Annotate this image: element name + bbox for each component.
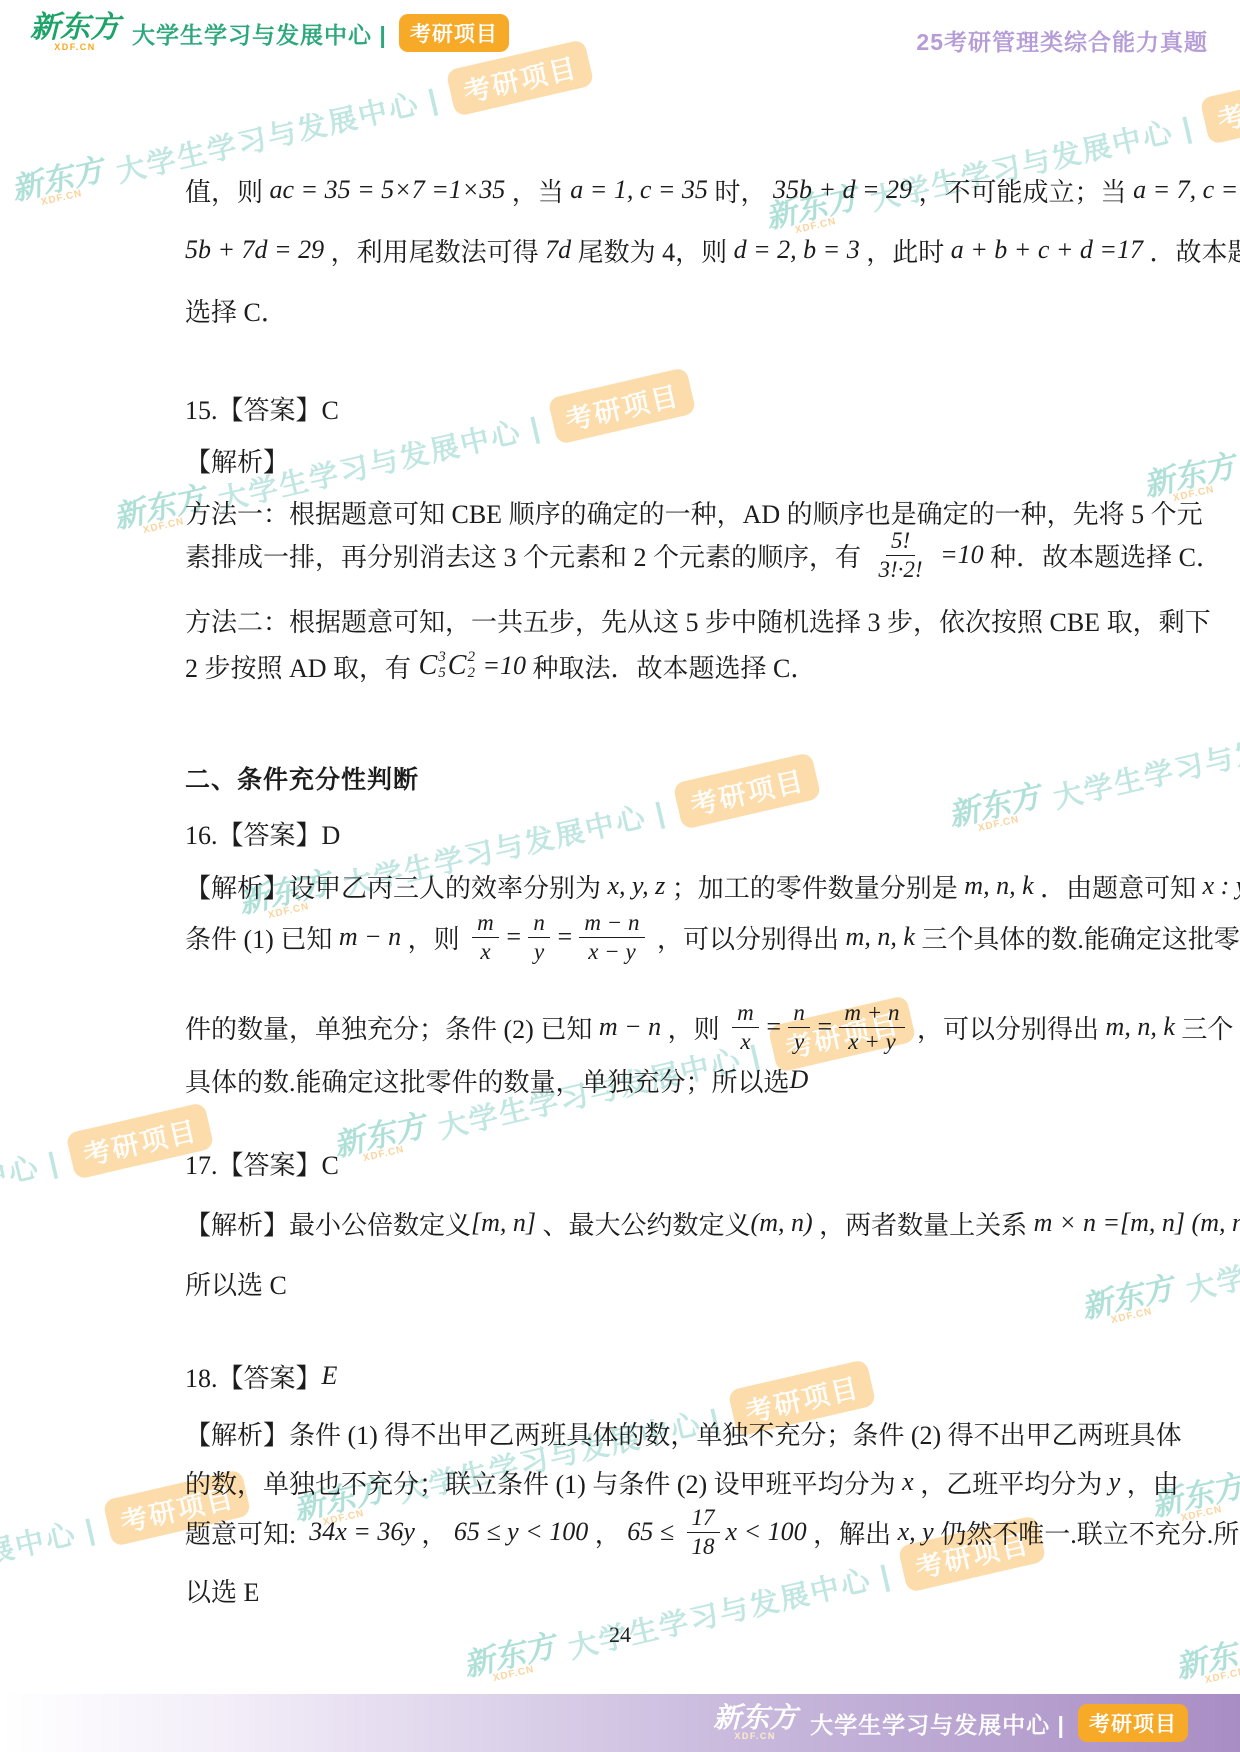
math-segment: = (816, 1012, 834, 1042)
page-footer: 新东方 XDF.CN 大学生学习与发展中心 | 考研项目 (0, 1694, 1240, 1752)
text-segment: 16.【答案】D (185, 815, 340, 852)
text-segment: 【解析】最小公倍数定义 (185, 1205, 471, 1242)
text-segment: ，两者数量上关系 (813, 1205, 1034, 1242)
text-segment: 15.【答案】C (185, 390, 339, 427)
math-segment: m − n (599, 1012, 661, 1042)
text-segment: 二、条件充分性判断 (185, 760, 419, 796)
solution-content: 值，则 ac = 35 = 5×7 =1×35 ，当 a = 1, c = 35… (0, 0, 1240, 1752)
text-segment: ， (588, 1514, 627, 1551)
solution-18-line-1: 【解析】条件 (1) 得不出甲乙两班具体的数，单独不充分；条件 (2) 得不出甲… (185, 1413, 1182, 1453)
math-segment: 5b + 7d = 29 (185, 235, 324, 265)
solution-18-line-4: 以选 E (185, 1570, 259, 1610)
text-segment: 种．故本题选择 C． (984, 537, 1222, 574)
section-heading: 二、条件充分性判断 (185, 758, 419, 798)
math-segment: m − n (339, 922, 401, 952)
solution-16-line-3: 件的数量，单独充分；条件 (2) 已知 m − n ，则 mx=ny=m + n… (185, 987, 1233, 1067)
solution-17-line-2: 所以选 C (185, 1263, 287, 1303)
text-segment: 所以选 C (185, 1265, 287, 1302)
fraction: mx (472, 909, 499, 964)
footer-xdf-logo: 新东方 XDF.CN (713, 1705, 797, 1740)
combination-symbol: C35 (419, 650, 446, 682)
math-segment: 65 ≤ y < 100 (454, 1517, 588, 1547)
math-segment: E (322, 1361, 338, 1391)
text-segment: 题意可知: (185, 1514, 309, 1551)
solution-15-line-4: 2 步按照 AD 取，有 C35C22 =10 种取法．故本题选择 C． (185, 646, 816, 686)
footer-xdf-logo-text: 新东方 (713, 1705, 797, 1732)
math-segment: 65 ≤ (627, 1517, 680, 1547)
math-segment: (m, n) (751, 1208, 813, 1238)
answer-16: 16.【答案】D (185, 813, 340, 853)
solution-18-line-3: 题意可知: 34x = 36y ， 65 ≤ y < 100 ， 65 ≤ 17… (185, 1492, 1239, 1572)
page-number: 24 (0, 1622, 1240, 1648)
text-segment: ， (415, 1514, 454, 1551)
solution-16-line-2: 条件 (1) 已知 m − n ，则 mx=ny=m − nx − y ，可以分… (185, 897, 1240, 977)
solution-14-line-1: 值，则 ac = 35 = 5×7 =1×35 ，当 a = 1, c = 35… (185, 170, 1240, 210)
math-segment: = (765, 1012, 783, 1042)
text-segment: 、最大公约数定义 (536, 1205, 751, 1242)
text-segment: ，则 (401, 919, 466, 956)
document-page: 新东方 XDF.CN 大学生学习与发展中心 | 考研项目 25考研管理类综合能力… (0, 0, 1240, 1752)
fraction: 1718 (687, 1504, 720, 1559)
text-segment: ，可以分别得出 (911, 1009, 1106, 1046)
answer-17: 17.【答案】C (185, 1143, 339, 1183)
math-segment: a = 7, c = 5 (1133, 175, 1240, 205)
text-segment: 种取法．故本题选择 C． (526, 648, 816, 685)
math-segment: = (556, 922, 574, 952)
text-segment: 时， (708, 172, 773, 209)
fraction: ny (528, 909, 550, 964)
text-segment: 具体的数.能确定这批零件的数量，单独充分；所以选 (185, 1062, 790, 1099)
text-segment: ，解出 (807, 1514, 898, 1551)
math-segment: 35b + d = 29 (773, 175, 912, 205)
text-segment: 素排成一排，再分别消去这 3 个元素和 2 个元素的顺序，有 (185, 537, 868, 574)
text-segment: ，不可能成立；当 (912, 172, 1133, 209)
solution-17-line-1: 【解析】最小公倍数定义[m, n] 、最大公约数定义(m, n) ，两者数量上关… (185, 1203, 1240, 1243)
fraction: ny (788, 999, 810, 1054)
solution-14-line-2: 5b + 7d = 29 ，利用尾数法可得 7d 尾数为 4，则 d = 2, … (185, 230, 1240, 270)
text-segment: 值，则 (185, 172, 270, 209)
solution-15-line-3: 方法二：根据题意可知，一共五步，先从这 5 步中随机选择 3 步，依次按照 CB… (185, 600, 1211, 640)
fraction: 5!3!·2! (874, 527, 928, 582)
text-segment: 三个 (1175, 1009, 1234, 1046)
fraction: m + nx + y (839, 999, 904, 1054)
footer-center-label: 大学生学习与发展中心 | (810, 1707, 1065, 1740)
answer-15: 15.【答案】C (185, 388, 339, 428)
math-segment: m, n, k (846, 922, 915, 952)
math-segment: ac = 35 = 5×7 =1×35 (270, 175, 506, 205)
math-segment: a + b + c + d =17 (951, 235, 1143, 265)
math-segment: =10 (934, 540, 984, 570)
math-segment: = (505, 922, 523, 952)
math-segment: [m, n] (471, 1208, 536, 1238)
math-segment: x, y (898, 1517, 934, 1547)
text-segment: 尾数为 4，则 (571, 232, 734, 269)
math-segment: =10 (476, 651, 526, 681)
text-segment: 仍然不唯一.联立不充分.所 (934, 1514, 1240, 1551)
answer-18: 18.【答案】E (185, 1356, 337, 1396)
text-segment: ，利用尾数法可得 (324, 232, 545, 269)
text-segment: ，此时 (860, 232, 951, 269)
text-segment: 选择 C． (185, 292, 287, 329)
text-segment: 【解析】条件 (1) 得不出甲乙两班具体的数，单独不充分；条件 (2) 得不出甲… (185, 1415, 1182, 1452)
text-segment: 三个具体的数.能确定这批零 (915, 919, 1240, 956)
fraction: mx (732, 999, 759, 1054)
text-segment: ，则 (661, 1009, 726, 1046)
text-segment: ，当 (505, 172, 570, 209)
math-segment: a = 1, c = 35 (570, 175, 708, 205)
text-segment: ，可以分别得出 (651, 919, 846, 956)
text-segment: 17.【答案】C (185, 1145, 339, 1182)
math-segment: 7d (545, 235, 571, 265)
math-segment: m × n =[m, n] (m, n) (1034, 1208, 1240, 1238)
solution-16-line-4: 具体的数.能确定这批零件的数量，单独充分；所以选D (185, 1060, 808, 1100)
math-segment: d = 2, b = 3 (734, 235, 860, 265)
text-segment: 以选 E (185, 1572, 259, 1609)
fraction: m − nx − y (579, 909, 644, 964)
text-segment: 18.【答案】 (185, 1358, 322, 1395)
math-segment: m, n, k (1106, 1012, 1175, 1042)
footer-badge: 考研项目 (1078, 1704, 1188, 1742)
analysis-15-label: 【解析】 (185, 440, 289, 480)
footer-xdf-logo-subtext: XDF.CN (734, 1732, 776, 1741)
solution-14-line-3: 选择 C． (185, 290, 287, 330)
combination-symbol: C22 (448, 650, 475, 682)
text-segment: 件的数量，单独充分；条件 (2) 已知 (185, 1009, 599, 1046)
math-segment: 34x = 36y (309, 1517, 415, 1547)
text-segment: 【解析】 (185, 442, 289, 479)
text-segment: 条件 (1) 已知 (185, 919, 339, 956)
text-segment: 方法二：根据题意可知，一共五步，先从这 5 步中随机选择 3 步，依次按照 CB… (185, 602, 1211, 639)
math-segment: D (790, 1065, 809, 1095)
solution-15-line-2: 素排成一排，再分别消去这 3 个元素和 2 个元素的顺序，有 5!3!·2! =… (185, 515, 1222, 595)
text-segment: ．故本题 (1143, 232, 1240, 269)
math-segment: x < 100 (726, 1517, 807, 1547)
text-segment: 2 步按照 AD 取，有 (185, 648, 418, 685)
